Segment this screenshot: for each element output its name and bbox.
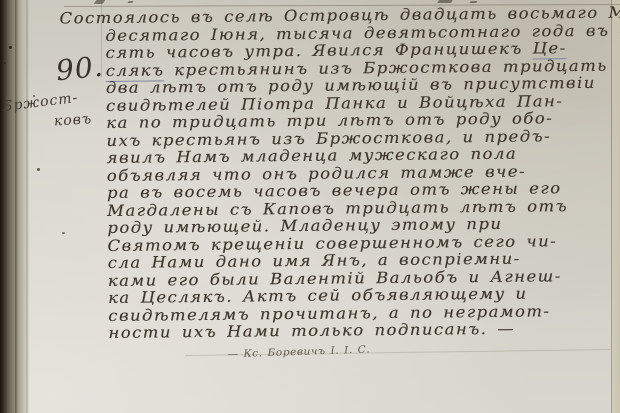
- margin-place-name: Бржост- ковъ: [2, 92, 102, 130]
- ink-speck: [9, 46, 12, 49]
- previous-entry-remnant: [437, 0, 453, 3]
- ink-speck: [62, 232, 65, 234]
- page-crease: [15, 0, 18, 413]
- previous-entry-remnant: [469, 1, 477, 3]
- page-edge: [612, 0, 620, 413]
- page-crease: [26, 0, 28, 413]
- entry-text: Состоялось въ селѣ Островцѣ двадцать вос…: [105, 5, 607, 357]
- ink-speck: [37, 168, 40, 171]
- previous-entry-remnant: [94, 0, 106, 4]
- registry-book-page: 90. Бржост- ковъ Состоялось въ селѣ Остр…: [0, 0, 620, 413]
- previous-entry-remnant: [127, 1, 133, 3]
- page-edge-line: [611, 0, 612, 413]
- record-number: 90.: [54, 50, 105, 88]
- margin-place-line: ковъ: [53, 109, 102, 131]
- ink-speck: [4, 62, 6, 64]
